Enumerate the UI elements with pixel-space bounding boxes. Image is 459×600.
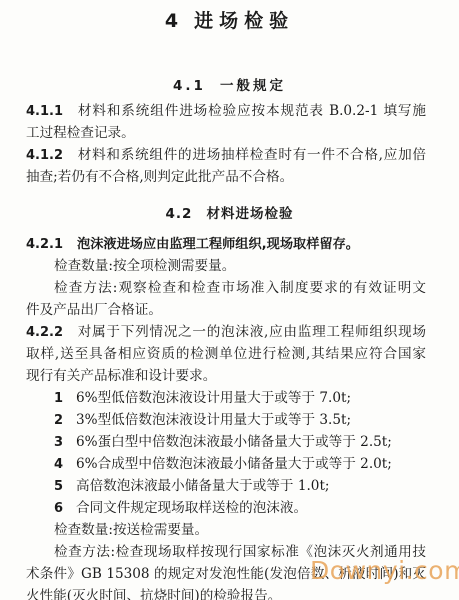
list-item: 5高倍数泡沫液最小储备量大于或等于 1.0t;: [54, 475, 426, 498]
list-item-number: 5: [54, 476, 76, 498]
chapter-number: 4: [165, 10, 184, 32]
list-item-text: 6%合成型中倍数泡沫液最小储备量大于或等于 2.0t;: [76, 456, 392, 472]
list-item: 16%型低倍数泡沫液设计用量大于或等于 7.0t;: [54, 387, 426, 410]
clause-4-2-2-check-quantity: 检查数量:按送检需要量。: [54, 519, 426, 541]
clause-4-1-1-line-1: 4.1.1材料和系统组件进场检验应按本规范表 B.0.2-1 填写施: [26, 100, 426, 123]
list-item-number: 3: [54, 432, 76, 454]
list-item-text: 合同文件规定现场取样送检的泡沫液。: [76, 500, 307, 516]
section-number: 4.2: [166, 206, 193, 222]
list-item-number: 4: [54, 454, 76, 476]
section-title-text: 材料进场检验: [206, 206, 293, 222]
list-item-text: 高倍数泡沫液最小储备量大于或等于 1.0t;: [76, 478, 329, 494]
section-title-text: 一般规定: [220, 78, 286, 94]
clause-4-2-1-check-quantity: 检查数量:按全项检测需要量。: [54, 255, 426, 277]
clause-text: 对属于下列情况之一的泡沫液,应由监理工程师组织现场: [77, 324, 426, 340]
list-item: 36%蛋白型中倍数泡沫液最小储备量大于或等于 2.5t;: [54, 431, 426, 454]
list-item: 46%合成型中倍数泡沫液最小储备量大于或等于 2.0t;: [54, 453, 426, 476]
list-item-number: 1: [54, 388, 76, 410]
clause-text: 材料和系统组件的进场抽样检查时有一件不合格,应加倍: [77, 147, 426, 163]
list-item-text: 6%蛋白型中倍数泡沫液最小储备量大于或等于 2.5t;: [76, 434, 392, 450]
clause-4-2-1-check-method-line-2: 件及产品出厂合格证。: [26, 299, 426, 321]
list-item-number: 6: [54, 498, 76, 520]
document-page: 4进场检验 4.1一般规定 4.1.1材料和系统组件进场检验应按本规范表 B.0…: [0, 0, 459, 600]
clause-4-1-2-line-1: 4.1.2材料和系统组件的进场抽样检查时有一件不合格,应加倍: [26, 144, 426, 167]
clause-number: 4.1.1: [26, 104, 63, 119]
clause-number: 4.2.1: [26, 237, 63, 252]
clause-number: 4.1.2: [26, 148, 63, 163]
list-item: 23%型低倍数泡沫液设计用量大于或等于 3.5t;: [54, 409, 426, 432]
clause-text: 材料和系统组件进场检验应按本规范表 B.0.2-1 填写施: [77, 103, 426, 119]
clause-number: 4.2.2: [26, 325, 63, 340]
clause-4-2-2-check-method-line-3: 火性能(灭火时间、抗烧时间)的检验报告。: [26, 585, 426, 600]
clause-4-2-1-check-method-line-1: 检查方法:观察检查和检查市场准入制度要求的有效证明文: [54, 277, 426, 299]
clause-text: 泡沫液进场应由监理工程师组织,现场取样留存。: [77, 237, 359, 252]
clause-4-2-2-line-2: 取样,送至具备相应资质的检测单位进行检测,其结果应符合国家: [26, 343, 426, 365]
list-item-number: 2: [54, 410, 76, 432]
clause-4-2-2-line-1: 4.2.2对属于下列情况之一的泡沫液,应由监理工程师组织现场: [26, 321, 426, 344]
list-item: 6合同文件规定现场取样送检的泡沫液。: [54, 497, 426, 520]
list-item-text: 6%型低倍数泡沫液设计用量大于或等于 7.0t;: [76, 390, 351, 406]
section-number: 4.1: [173, 78, 206, 94]
watermark-logo: Downyi.com: [310, 556, 459, 585]
clause-4-2-1-line-1: 4.2.1泡沫液进场应由监理工程师组织,现场取样留存。: [26, 233, 426, 256]
section-title-4-1: 4.1一般规定: [0, 74, 459, 94]
chapter-title-text: 进场检验: [194, 10, 294, 32]
clause-4-1-2-line-2: 抽查;若仍有不合格,则判定此批产品不合格。: [26, 166, 426, 188]
chapter-title: 4进场检验: [0, 6, 459, 33]
list-item-text: 3%型低倍数泡沫液设计用量大于或等于 3.5t;: [76, 412, 351, 428]
clause-4-1-1-line-2: 工过程检查记录。: [26, 122, 426, 144]
section-title-4-2: 4.2材料进场检验: [0, 202, 459, 222]
clause-4-2-2-line-3: 现行有关产品标准和设计要求。: [26, 365, 426, 387]
